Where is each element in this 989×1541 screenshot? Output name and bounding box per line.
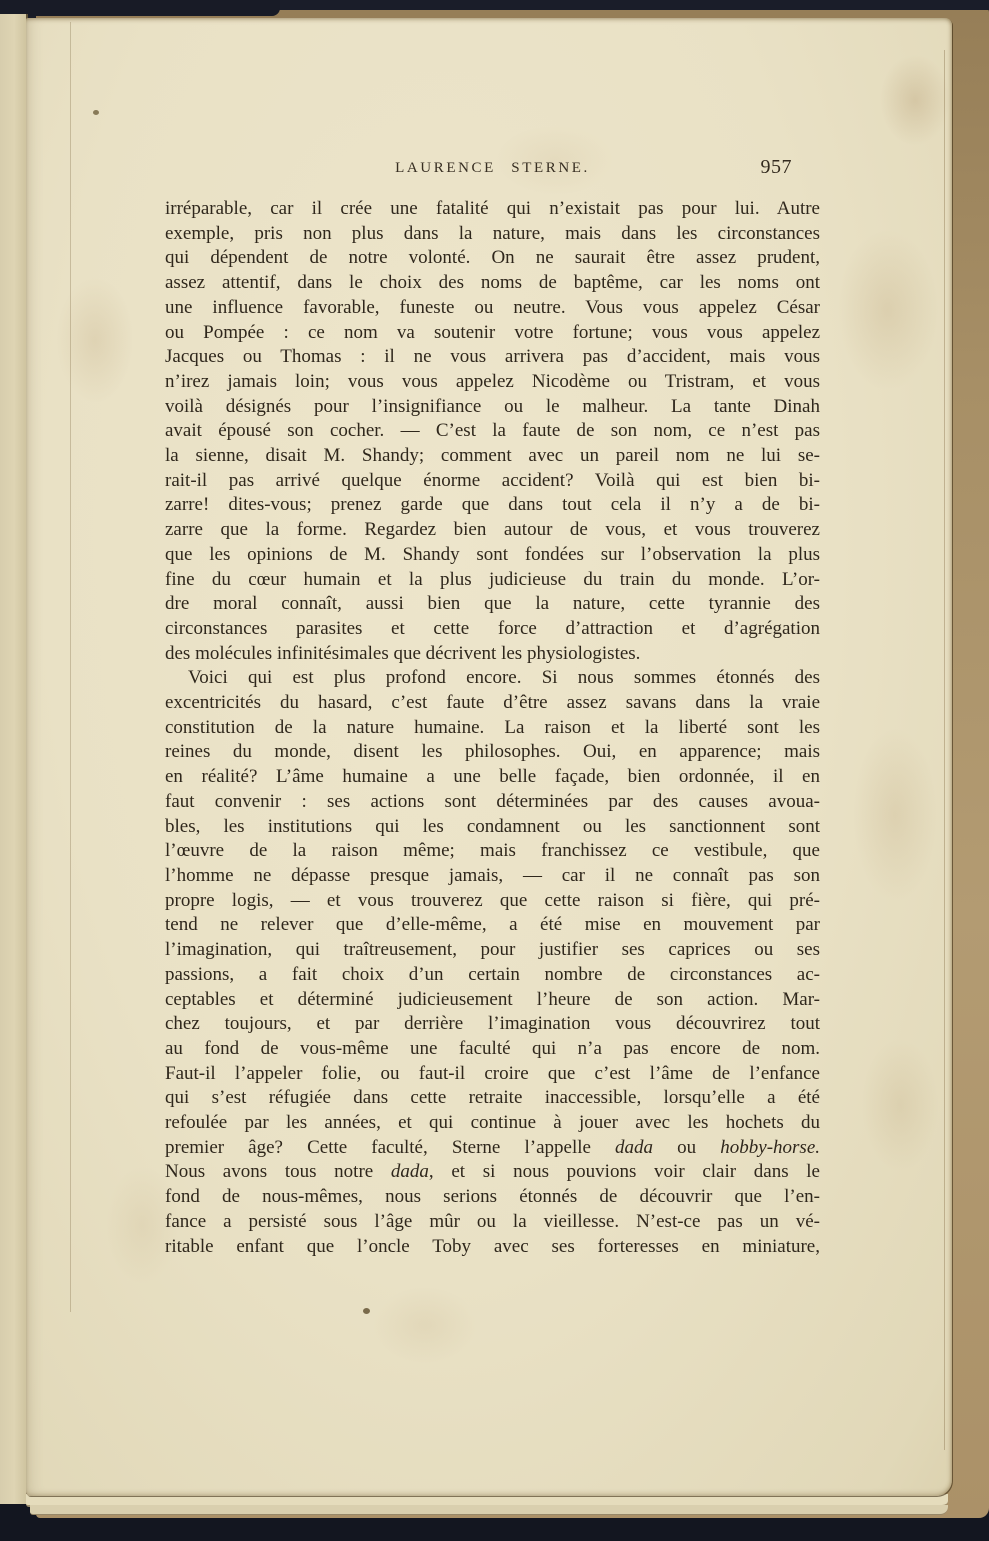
text-line: qui s’est réfugiée dans cette retraite i…	[165, 1086, 820, 1111]
text-line: qui dépendent de notre volonté. On ne sa…	[165, 246, 820, 271]
text-line: excentricités du hasard, c’est faute d’ê…	[165, 691, 820, 716]
text-line: reines du monde, disent les philosophes.…	[165, 740, 820, 765]
page-number: 957	[761, 156, 793, 179]
text-line: propre logis, — et vous trouverez que ce…	[165, 889, 820, 914]
text-line: Jacques ou Thomas : il ne vous arrivera …	[165, 345, 820, 370]
text-line: Faut-il l’appeler folie, ou faut-il croi…	[165, 1062, 820, 1087]
text-line: constitution de la nature humaine. La ra…	[165, 716, 820, 741]
text-line: ou Pompée : ce nom va soutenir votre for…	[165, 321, 820, 346]
text-line: ceptables et déterminé judicieusement l’…	[165, 988, 820, 1013]
sheet-stack-edge	[30, 1505, 948, 1515]
text-line: passions, a fait choix d’un certain nomb…	[165, 963, 820, 988]
text-line: n’irez jamais loin; vous vous appelez Ni…	[165, 370, 820, 395]
text-line: que les opinions de M. Shandy sont fondé…	[165, 543, 820, 568]
text-line: assez attentif, dans le choix des noms d…	[165, 271, 820, 296]
text-line: tend ne relever que d’elle-même, a été m…	[165, 913, 820, 938]
text-line: en réalité? L’âme humaine a une belle fa…	[165, 765, 820, 790]
text-body: irréparable, car il crée une fatalité qu…	[165, 197, 820, 1259]
paragraph: Voici qui est plus profond encore. Si no…	[165, 666, 820, 1259]
text-line: Voici qui est plus profond encore. Si no…	[165, 666, 820, 691]
page-crease	[944, 50, 945, 1450]
text-line: exemple, pris non plus dans la nature, m…	[165, 222, 820, 247]
text-line: avait épousé son cocher. — C’est la faut…	[165, 419, 820, 444]
text-line: une influence favorable, funeste ou neut…	[165, 296, 820, 321]
text-line: chez toujours, et par derrière l’imagina…	[165, 1012, 820, 1037]
text-line: zarre que la forme. Regardez bien autour…	[165, 518, 820, 543]
book-scan: LAURENCE STERNE. 957 irréparable, car il…	[0, 0, 989, 1541]
text-line: des molécules infinitésimales que décriv…	[165, 642, 820, 667]
text-line: zarre! dites-vous; prenez garde que dans…	[165, 493, 820, 518]
under-page-edge	[0, 14, 28, 1504]
text-line: l’imagination, qui traîtreusement, pour …	[165, 938, 820, 963]
text-line: ritable enfant que l’oncle Toby avec ses…	[165, 1235, 820, 1260]
text-line: l’œuvre de la raison même; mais franchis…	[165, 839, 820, 864]
text-line: irréparable, car il crée une fatalité qu…	[165, 197, 820, 222]
text-line: dre moral connaît, aussi bien que la nat…	[165, 592, 820, 617]
text-line: refoulée par les années, et qui continue…	[165, 1111, 820, 1136]
paragraph: irréparable, car il crée une fatalité qu…	[165, 197, 820, 666]
text-line: circonstances parasites et cette force d…	[165, 617, 820, 642]
running-title: LAURENCE STERNE.	[165, 156, 820, 177]
text-line: la sienne, disait M. Shandy; comment ave…	[165, 444, 820, 469]
text-line: au fond de vous-même une faculté qui n’a…	[165, 1037, 820, 1062]
page-crease	[70, 22, 71, 1312]
text-line: fance a persisté sous l’âge mûr ou la vi…	[165, 1210, 820, 1235]
text-line: Nous avons tous notre dada, et si nous p…	[165, 1160, 820, 1185]
text-line: bles, les institutions qui les condamnen…	[165, 815, 820, 840]
text-line: premier âge? Cette faculté, Sterne l’app…	[165, 1136, 820, 1161]
text-line: l’homme ne dépasse presque jamais, — car…	[165, 864, 820, 889]
background-top-left	[0, 0, 280, 16]
text-line: voilà désignés pour l’insignifiance ou l…	[165, 395, 820, 420]
text-line: fond de nous-mêmes, nous serions étonnés…	[165, 1185, 820, 1210]
text-line: rait-il pas arrivé quelque énorme accide…	[165, 469, 820, 494]
text-line: fine du cœur humain et la plus judicieus…	[165, 568, 820, 593]
text-line: faut convenir : ses actions sont détermi…	[165, 790, 820, 815]
page-header: LAURENCE STERNE. 957	[165, 156, 820, 182]
